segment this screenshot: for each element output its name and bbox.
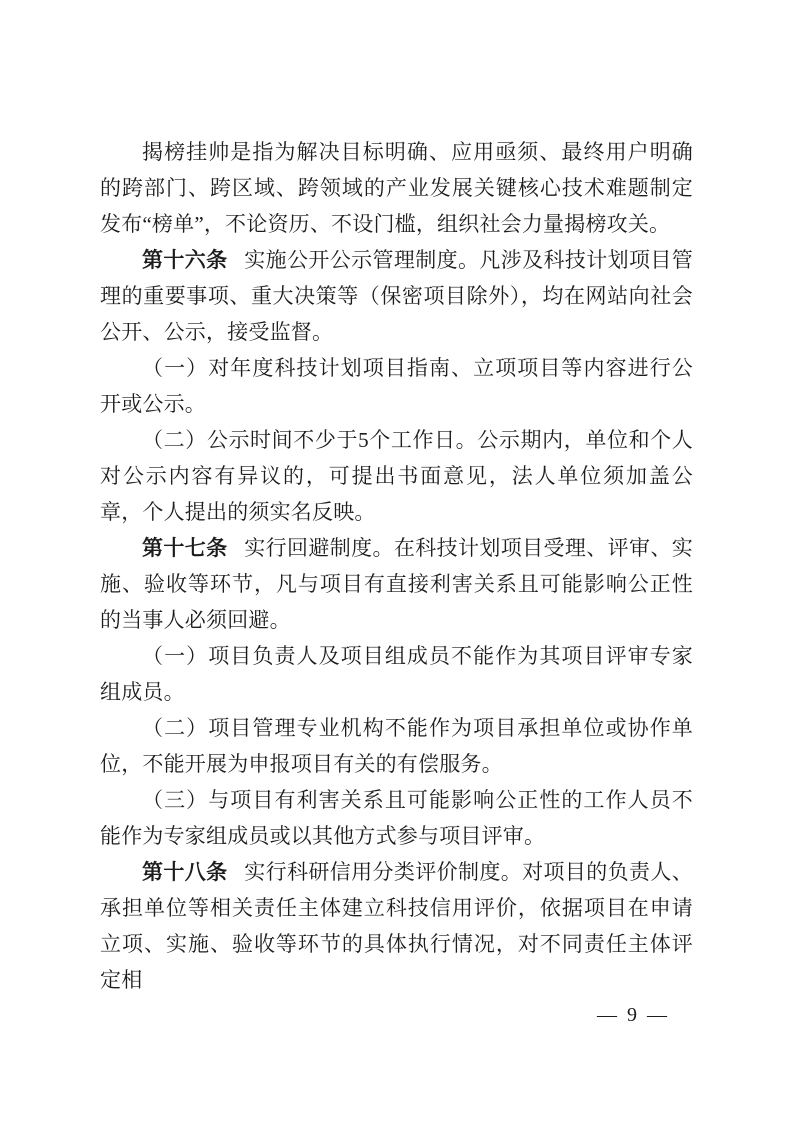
document-body: 揭榜挂帅是指为解决目标明确、应用亟须、最终用户明确的跨部门、跨区域、跨领域的产业…: [100, 134, 693, 998]
article-heading: 第十七条: [142, 536, 228, 560]
paragraph-text: （三）与项目有利害关系且可能影响公正性的工作人员不能作为专家组成员或以其他方式参…: [100, 788, 693, 848]
paragraph-text: （二）项目管理专业机构不能作为项目承担单位或协作单位，不能开展为申报项目有关的有…: [100, 716, 693, 776]
paragraph: 第十七条实行回避制度。在科技计划项目受理、评审、实施、验收等环节，凡与项目有直接…: [100, 530, 693, 638]
paragraph: （二）项目管理专业机构不能作为项目承担单位或协作单位，不能开展为申报项目有关的有…: [100, 710, 693, 782]
document-page: 揭榜挂帅是指为解决目标明确、应用亟须、最终用户明确的跨部门、跨区域、跨领域的产业…: [0, 0, 793, 1122]
paragraph: 第十六条实施公开公示管理制度。凡涉及科技计划项目管理的重要事项、重大决策等（保密…: [100, 242, 693, 350]
paragraph-text: 揭榜挂帅是指为解决目标明确、应用亟须、最终用户明确的跨部门、跨区域、跨领域的产业…: [100, 140, 693, 236]
page-number: — 9 —: [597, 1003, 668, 1027]
paragraph: （三）与项目有利害关系且可能影响公正性的工作人员不能作为专家组成员或以其他方式参…: [100, 782, 693, 854]
paragraph: 揭榜挂帅是指为解决目标明确、应用亟须、最终用户明确的跨部门、跨区域、跨领域的产业…: [100, 134, 693, 242]
paragraph-text: （一）对年度科技计划项目指南、立项项目等内容进行公开或公示。: [100, 356, 693, 416]
paragraph: （一）对年度科技计划项目指南、立项项目等内容进行公开或公示。: [100, 350, 693, 422]
paragraph-text: （二）公示时间不少于5个工作日。公示期内，单位和个人对公示内容有异议的，可提出书…: [100, 428, 693, 524]
paragraph: 第十八条实行科研信用分类评价制度。对项目的负责人、承担单位等相关责任主体建立科技…: [100, 854, 693, 998]
paragraph: （二）公示时间不少于5个工作日。公示期内，单位和个人对公示内容有异议的，可提出书…: [100, 422, 693, 530]
paragraph-text: （一）项目负责人及项目组成员不能作为其项目评审专家组成员。: [100, 644, 693, 704]
article-heading: 第十六条: [142, 248, 228, 272]
paragraph: （一）项目负责人及项目组成员不能作为其项目评审专家组成员。: [100, 638, 693, 710]
article-heading: 第十八条: [142, 860, 228, 884]
